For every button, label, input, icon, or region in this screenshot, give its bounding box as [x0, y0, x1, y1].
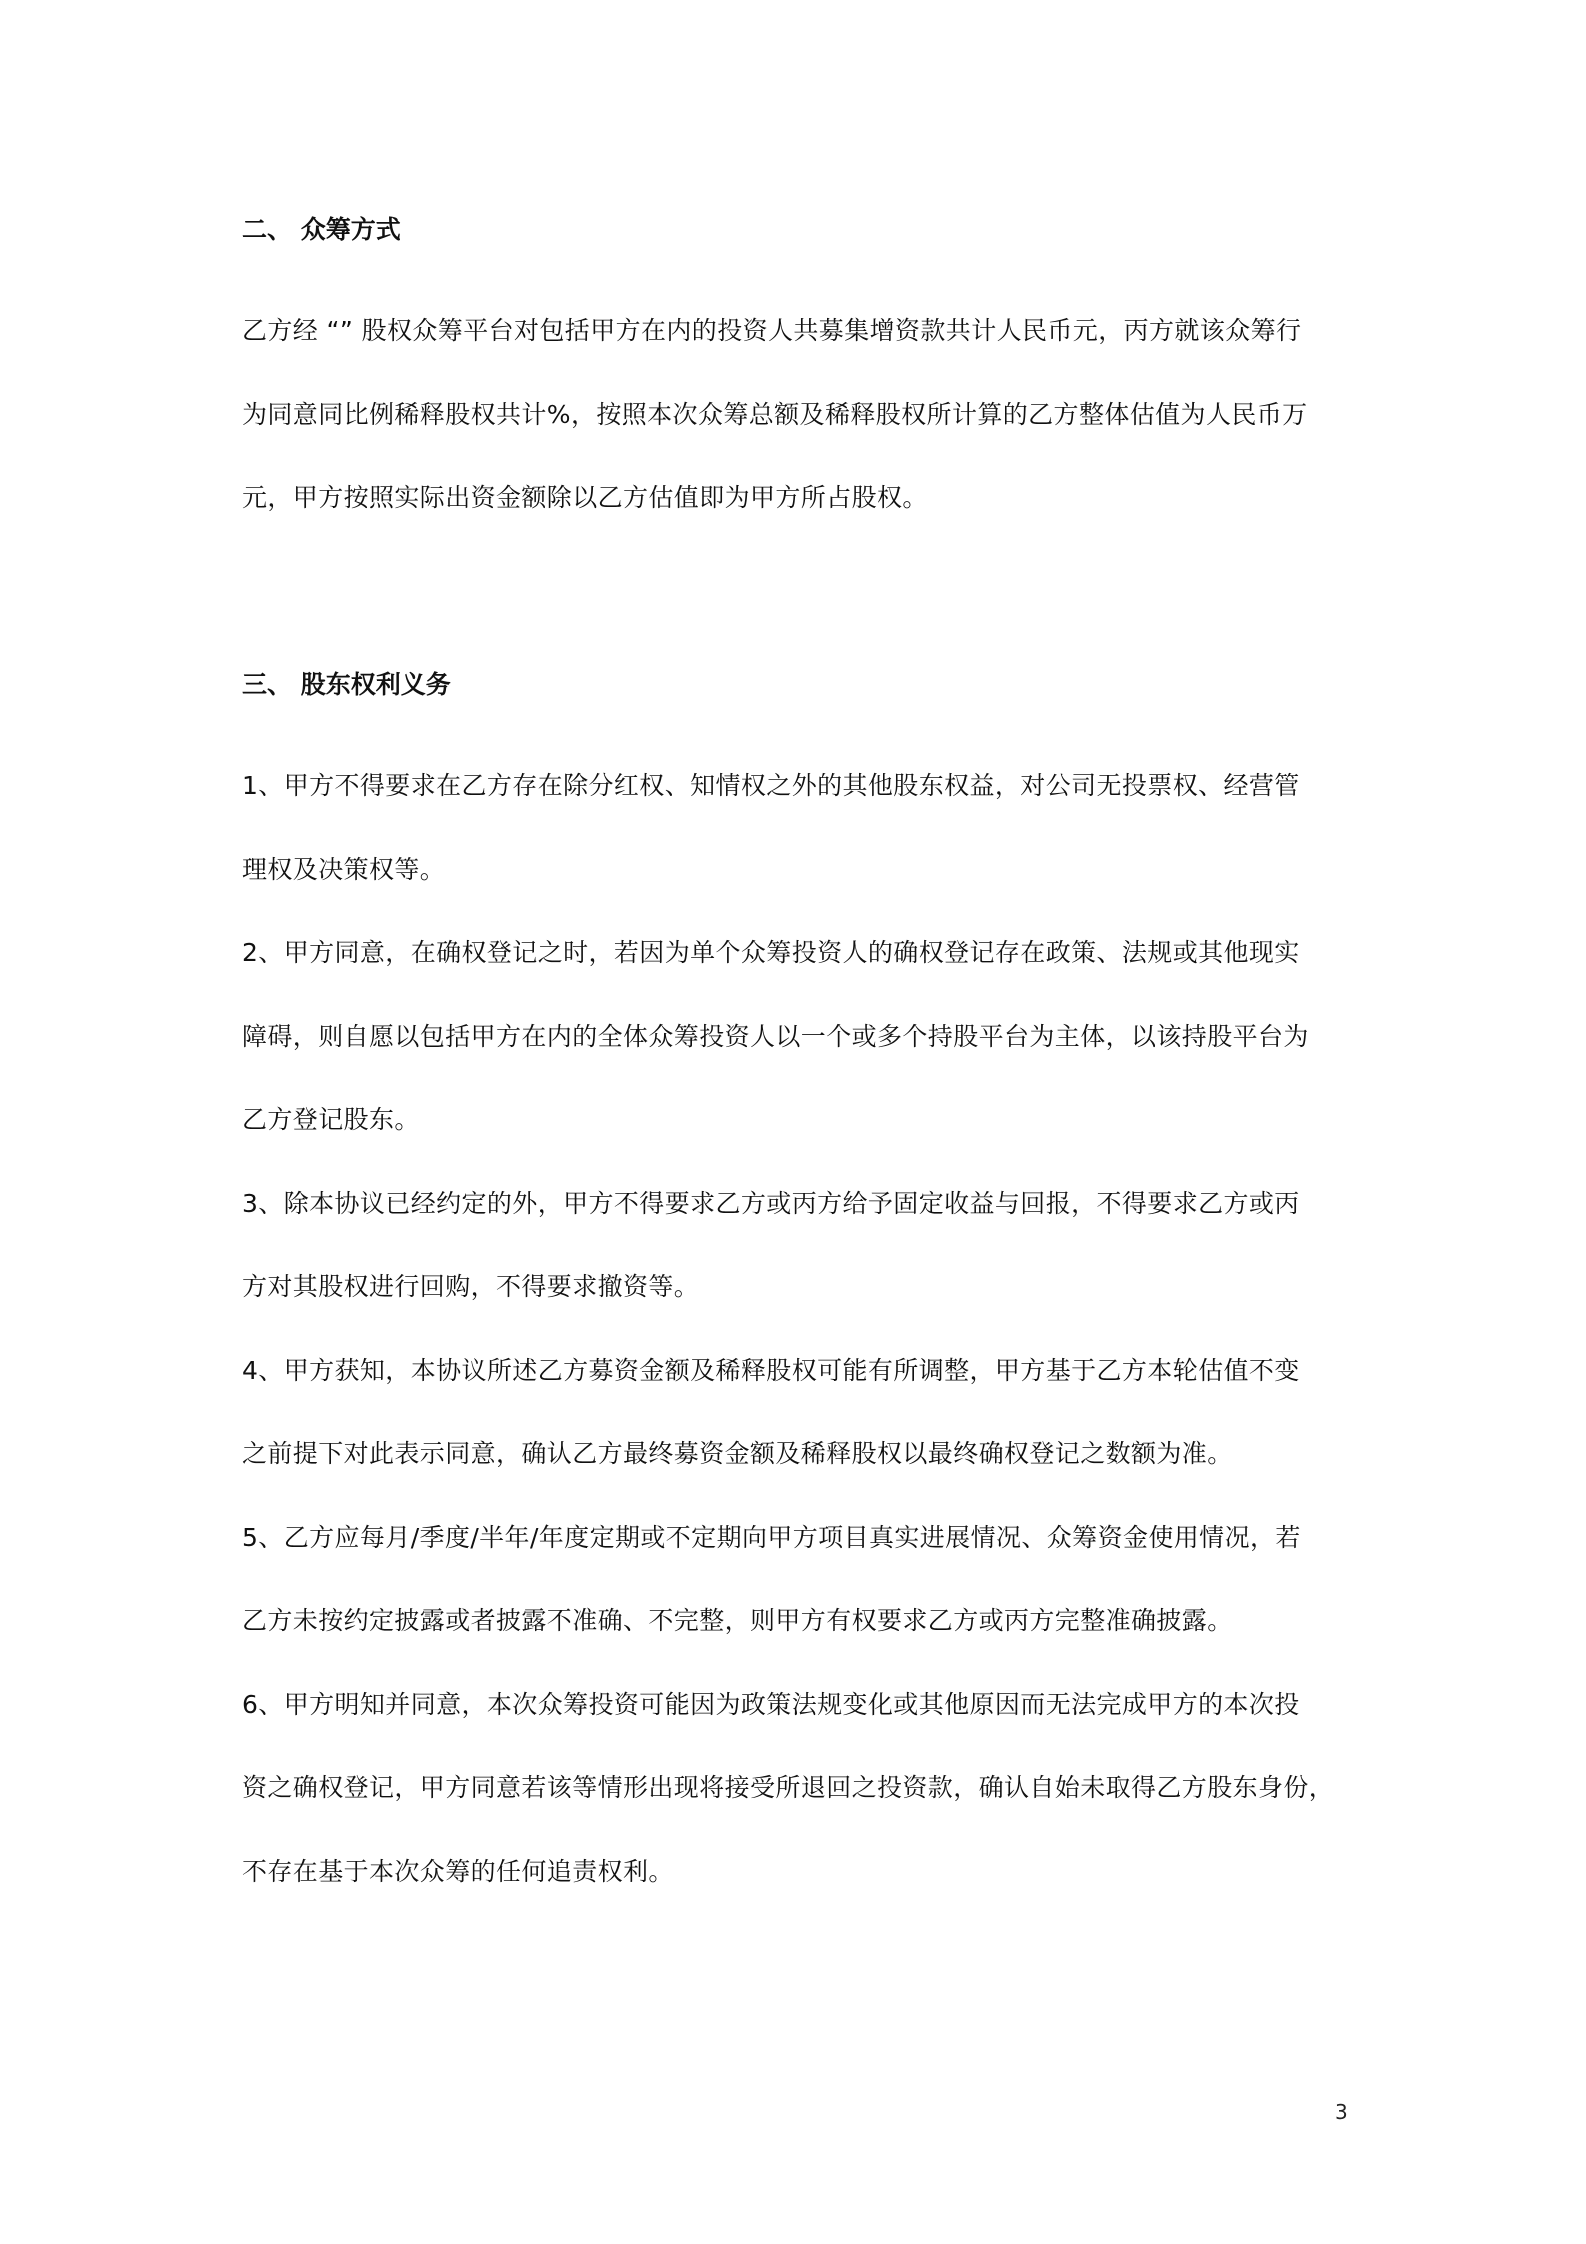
paragraph: 乙方经 “” 股权众筹平台对包括甲方在内的投资人共募集增资款共计人民币元，丙方就…: [242, 289, 1357, 540]
text-line: 乙方未按约定披露或者披露不准确、不完整，则甲方有权要求乙方或丙方完整准确披露。: [242, 1579, 1357, 1663]
text-line: 5、乙方应每月/季度/半年/年度定期或不定期向甲方项目真实进展情况、众筹资金使用…: [242, 1496, 1357, 1580]
clause-list: 1、甲方不得要求在乙方存在除分红权、知情权之外的其他股东权益，对公司无投票权、经…: [242, 744, 1357, 1913]
text-line: 为同意同比例稀释股权共计%，按照本次众筹总额及稀释股权所计算的乙方整体估值为人民…: [242, 373, 1357, 457]
clause-4: 4、甲方获知，本协议所述乙方募资金额及稀释股权可能有所调整，甲方基于乙方本轮估值…: [242, 1329, 1357, 1496]
text-line: 4、甲方获知，本协议所述乙方募资金额及稀释股权可能有所调整，甲方基于乙方本轮估值…: [242, 1329, 1357, 1413]
text-line: 障碍，则自愿以包括甲方在内的全体众筹投资人以一个或多个持股平台为主体，以该持股平…: [242, 995, 1357, 1079]
clause-6: 6、甲方明知并同意，本次众筹投资可能因为政策法规变化或其他原因而无法完成甲方的本…: [242, 1663, 1357, 1914]
text-line: 6、甲方明知并同意，本次众筹投资可能因为政策法规变化或其他原因而无法完成甲方的本…: [242, 1663, 1357, 1747]
clause-5: 5、乙方应每月/季度/半年/年度定期或不定期向甲方项目真实进展情况、众筹资金使用…: [242, 1496, 1357, 1663]
text-line: 乙方登记股东。: [242, 1078, 1357, 1162]
text-line: 乙方经 “” 股权众筹平台对包括甲方在内的投资人共募集增资款共计人民币元，丙方就…: [242, 289, 1357, 373]
text-line: 不存在基于本次众筹的任何追责权利。: [242, 1830, 1357, 1914]
section-shareholder-rights: 三、 股东权利义务 1、甲方不得要求在乙方存在除分红权、知情权之外的其他股东权益…: [242, 660, 1357, 1913]
section-heading: 三、 股东权利义务: [242, 660, 1357, 710]
text-line: 理权及决策权等。: [242, 828, 1357, 912]
text-line: 方对其股权进行回购，不得要求撤资等。: [242, 1245, 1357, 1329]
text-line: 3、除本协议已经约定的外，甲方不得要求乙方或丙方给予固定收益与回报，不得要求乙方…: [242, 1162, 1357, 1246]
text-line: 2、甲方同意，在确权登记之时，若因为单个众筹投资人的确权登记存在政策、法规或其他…: [242, 911, 1357, 995]
text-line: 之前提下对此表示同意，确认乙方最终募资金额及稀释股权以最终确权登记之数额为准。: [242, 1412, 1357, 1496]
page-number: 3: [1335, 2100, 1348, 2124]
clause-2: 2、甲方同意，在确权登记之时，若因为单个众筹投资人的确权登记存在政策、法规或其他…: [242, 911, 1357, 1162]
section-crowdfunding-method: 二、 众筹方式 乙方经 “” 股权众筹平台对包括甲方在内的投资人共募集增资款共计…: [242, 205, 1357, 540]
text-line: 资之确权登记，甲方同意若该等情形出现将接受所退回之投资款，确认自始未取得乙方股东…: [242, 1746, 1357, 1830]
text-line: 元，甲方按照实际出资金额除以乙方估值即为甲方所占股权。: [242, 456, 1357, 540]
section-heading: 二、 众筹方式: [242, 205, 1357, 255]
document-page: 二、 众筹方式 乙方经 “” 股权众筹平台对包括甲方在内的投资人共募集增资款共计…: [0, 0, 1586, 2244]
clause-3: 3、除本协议已经约定的外，甲方不得要求乙方或丙方给予固定收益与回报，不得要求乙方…: [242, 1162, 1357, 1329]
page-content: 二、 众筹方式 乙方经 “” 股权众筹平台对包括甲方在内的投资人共募集增资款共计…: [242, 205, 1357, 540]
text-line: 1、甲方不得要求在乙方存在除分红权、知情权之外的其他股东权益，对公司无投票权、经…: [242, 744, 1357, 828]
clause-1: 1、甲方不得要求在乙方存在除分红权、知情权之外的其他股东权益，对公司无投票权、经…: [242, 744, 1357, 911]
